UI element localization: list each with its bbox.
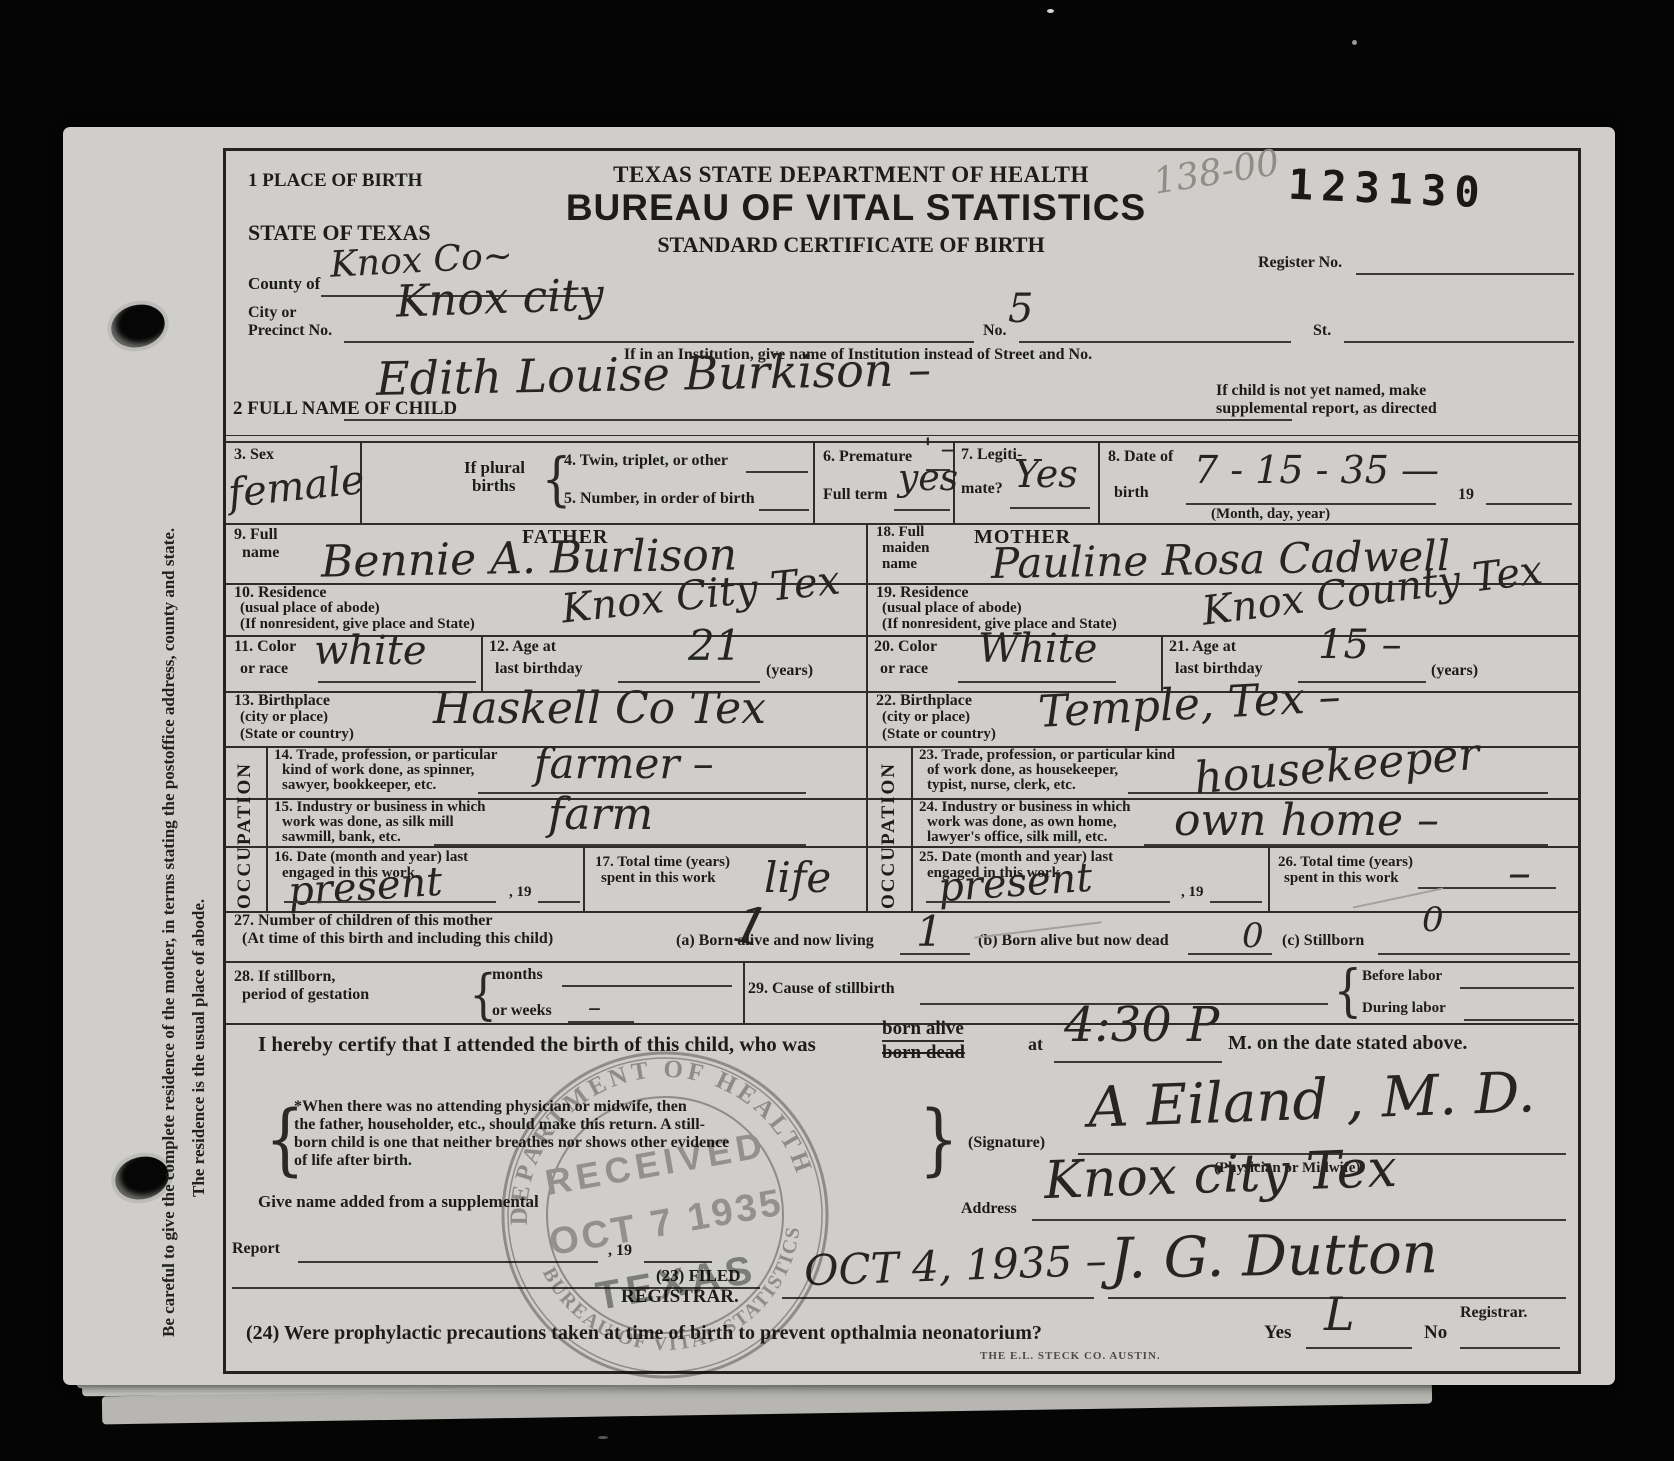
labor-brace: {	[1334, 959, 1363, 1024]
yes-line	[1306, 1347, 1412, 1349]
twin-line	[746, 471, 808, 473]
father-lastwork-value: present	[287, 862, 444, 913]
rule-v	[583, 846, 585, 911]
stillborn-gestation-label-1: 28. If stillborn,	[234, 969, 335, 986]
bureau-title: BUREAU OF VITAL STATISTICS	[476, 189, 1236, 228]
father-lastwork-19: , 19	[509, 885, 532, 901]
mother-no-label-1: 18. Full	[876, 525, 924, 541]
report-label: Report	[232, 1241, 280, 1258]
during-labor-line	[1464, 1019, 1574, 1021]
dob-19: 19	[1458, 487, 1474, 504]
serial-number-stamp: 123130	[1287, 163, 1488, 216]
mother-lastwork-19: , 19	[1181, 885, 1204, 901]
rule-v	[1268, 846, 1270, 911]
address-value: Knox city Tex	[1043, 1143, 1397, 1207]
mother-birthplace-label-3: (State or country)	[882, 727, 996, 743]
father-totaltime-label-2: spent in this work	[601, 871, 716, 887]
born-alive-option: born alive	[882, 1019, 964, 1042]
mother-lastwork-line	[926, 901, 1170, 903]
father-no-label-2: name	[242, 545, 279, 562]
mother-years-label: (years)	[1431, 663, 1478, 680]
register-no-line	[1356, 273, 1574, 275]
fullterm-label: Full term	[823, 487, 887, 504]
address-label: Address	[961, 1201, 1017, 1218]
yes-check-value: L	[1324, 1291, 1355, 1337]
father-totaltime-label-1: 17. Total time (years)	[595, 855, 730, 871]
born-alive-living-value: 1	[916, 911, 943, 953]
weeks-line	[568, 1021, 634, 1023]
father-trade-value: farmer –	[534, 743, 714, 785]
father-lastwork-19-line	[538, 901, 580, 903]
dob-hint: (Month, day, year)	[1211, 507, 1330, 523]
dob-value: 7 - 15 - 35 —	[1194, 451, 1439, 489]
address-line	[1032, 1219, 1566, 1221]
rule-v	[813, 441, 815, 523]
printer-credit: THE E.L. STECK CO. AUSTIN.	[980, 1351, 1161, 1363]
dust-speck	[598, 1436, 608, 1439]
legitimate-line	[1010, 507, 1090, 509]
father-birthplace-label-1: 13. Birthplace	[234, 693, 330, 710]
father-color-label-2: or race	[240, 661, 288, 678]
born-alive-dead-label: (b) Born alive but now dead	[978, 933, 1169, 950]
father-age-label-1: 12. Age at	[489, 639, 556, 656]
plural-label-2: births	[472, 477, 515, 495]
county-label: County of	[248, 275, 320, 293]
mother-totaltime-label-2: spent in this work	[1284, 871, 1399, 887]
child-name-value: Edith Louise Burkison –	[376, 346, 932, 402]
mother-age-label-1: 21. Age at	[1169, 639, 1236, 656]
during-labor-label: During labor	[1362, 1001, 1446, 1017]
weeks-value: –	[588, 995, 601, 1021]
signature-label: (Signature)	[968, 1135, 1045, 1152]
father-industry-line	[434, 844, 806, 846]
before-labor-label: Before labor	[1362, 969, 1442, 985]
fullterm-value: yes	[898, 461, 958, 497]
father-totaltime-value: life	[764, 857, 831, 899]
register-no-label: Register No.	[1258, 255, 1342, 272]
mother-trade-label-3: typist, nurse, clerk, etc.	[927, 778, 1076, 794]
occupation-col-mother	[911, 746, 913, 911]
at-label: at	[1028, 1035, 1043, 1054]
children-count-label-1: 27. Number of children of this mother	[234, 913, 493, 930]
mother-residence-label-2: (usual place of abode)	[882, 601, 1022, 617]
dust-speck	[1352, 40, 1357, 45]
father-birthplace-label-3: (State or country)	[240, 727, 354, 743]
born-dead-option: born dead	[882, 1043, 965, 1063]
sex-value: female	[226, 460, 366, 514]
scanned-document-background: Be careful to give the complete residenc…	[0, 0, 1674, 1461]
mother-totaltime-value: –	[1508, 849, 1531, 895]
yes-label: Yes	[1264, 1323, 1291, 1343]
order-label: 5. Number, in order of birth	[564, 491, 755, 508]
no-label: No	[1424, 1323, 1447, 1343]
father-industry-value: farm	[548, 793, 653, 837]
department-title: TEXAS STATE DEPARTMENT OF HEALTH	[546, 163, 1156, 187]
father-birthplace-label-2: (city or place)	[240, 710, 328, 726]
mother-color-value: White	[978, 629, 1097, 669]
double-rule-b	[226, 441, 1578, 443]
mother-age-value: 15 –	[1318, 625, 1402, 665]
mother-birthplace-value: Temple, Tex –	[1037, 675, 1342, 735]
father-color-label-1: 11. Color	[234, 639, 296, 656]
cause-of-stillbirth-label: 29. Cause of stillbirth	[748, 981, 895, 998]
plural-label-1: If plural	[464, 459, 525, 477]
father-occupation-label: OCCUPATION	[234, 751, 256, 909]
father-residence-label-2: (usual place of abode)	[240, 601, 380, 617]
certificate-title: STANDARD CERTIFICATE OF BIRTH	[546, 233, 1156, 256]
dust-speck	[1047, 9, 1054, 13]
certify-note-4: of life after birth.	[294, 1153, 412, 1170]
dob-label-2: birth	[1114, 485, 1149, 502]
no-value: 5	[1008, 289, 1033, 329]
center-divider	[866, 523, 868, 911]
father-lastwork-line	[284, 901, 496, 903]
no-line	[1460, 1347, 1560, 1349]
dob-19-line	[1486, 503, 1572, 505]
city-value: Knox city	[395, 273, 604, 324]
registrar-small-label: Registrar.	[1460, 1305, 1527, 1322]
father-trade-label-3: sawyer, bookkeeper, etc.	[282, 778, 436, 794]
order-line	[759, 509, 809, 511]
months-line	[562, 985, 732, 987]
months-label: months	[492, 967, 543, 984]
city-label-1: City or	[248, 305, 296, 322]
stillborn-label: (c) Stillborn	[1282, 933, 1364, 950]
mother-color-label-2: or race	[880, 661, 928, 678]
birth-time-line	[1054, 1061, 1222, 1063]
dob-line	[1186, 503, 1436, 505]
mother-industry-value: own home –	[1174, 799, 1439, 843]
sex-label: 3. Sex	[234, 447, 274, 464]
father-color-value: white	[314, 631, 427, 671]
dob-label-1: 8. Date of	[1108, 449, 1173, 466]
stillborn-value: 0	[1422, 903, 1444, 937]
mother-trade-line	[1128, 792, 1548, 794]
rule	[226, 846, 1578, 848]
father-age-label-2: last birthday	[495, 661, 583, 678]
legitimate-value: Yes	[1014, 455, 1078, 493]
stillborn-line	[1378, 953, 1570, 955]
pencil-file-note: 138-00	[1151, 145, 1282, 200]
rule-v	[1098, 441, 1100, 523]
weeks-label: or weeks	[492, 1003, 552, 1020]
fullterm-line	[894, 509, 950, 511]
no-line	[1019, 341, 1291, 343]
father-birthplace-value: Haskell Co Tex	[433, 687, 766, 731]
legitimate-label-2: mate?	[961, 481, 1003, 498]
place-of-birth-label: 1 PLACE OF BIRTH	[248, 171, 422, 191]
children-count-label-2: (At time of this birth and including thi…	[242, 931, 553, 948]
father-age-value: 21	[688, 625, 741, 667]
born-alive-dead-value: 0	[1242, 919, 1264, 953]
unnamed-note-2: supplemental report, as directed	[1216, 401, 1437, 418]
unnamed-note-1: If child is not yet named, make	[1216, 383, 1426, 400]
no-label: No.	[983, 323, 1007, 340]
mother-no-label-2: maiden	[882, 541, 930, 557]
mother-birthplace-label-1: 22. Birthplace	[876, 693, 972, 710]
rule	[226, 961, 1578, 963]
twin-label: 4. Twin, triplet, or other	[564, 453, 728, 470]
st-line	[1344, 341, 1574, 343]
mother-lastwork-19-line	[1210, 901, 1262, 903]
born-alive-living-label: (a) Born alive and now living	[676, 933, 874, 950]
mother-totaltime-label-1: 26. Total time (years)	[1278, 855, 1413, 871]
certify-tail: M. on the date stated above.	[1228, 1033, 1467, 1054]
mother-color-label-1: 20. Color	[874, 639, 937, 656]
child-name-line	[344, 419, 1292, 421]
mother-industry-label-3: lawyer's office, silk mill, etc.	[927, 830, 1107, 846]
stillborn-gestation-label-2: period of gestation	[242, 987, 369, 1004]
occupation-col-father	[266, 746, 268, 911]
certificate-frame: 1 PLACE OF BIRTH TEXAS STATE DEPARTMENT …	[223, 148, 1581, 1374]
mother-birthplace-label-2: (city or place)	[882, 710, 970, 726]
city-label-2: Precinct No.	[248, 323, 332, 340]
double-rule-a	[226, 435, 1578, 436]
margin-instruction-inner: The residence is the usual place of abod…	[189, 557, 209, 1197]
before-labor-line	[1460, 987, 1574, 989]
physician-signature-value: A Eiland , M. D.	[1087, 1065, 1536, 1137]
father-industry-label-3: sawmill, bank, etc.	[282, 830, 401, 846]
father-no-label-1: 9. Full	[234, 527, 278, 544]
birth-time-value: 4:30 P	[1064, 1001, 1219, 1049]
received-stamp: DEPARTMENT OF HEALTH BUREAU OF VITAL STA…	[445, 995, 885, 1435]
registrar-signature-value: J. G. Dutton	[1110, 1226, 1439, 1288]
mother-color-line	[958, 681, 1116, 683]
certificate-paper: Be careful to give the complete residenc…	[63, 127, 1615, 1385]
margin-instruction-outer: Be careful to give the complete residenc…	[159, 187, 179, 1337]
father-years-label: (years)	[766, 663, 813, 680]
note-brace-close: }	[919, 1095, 959, 1185]
st-label: St.	[1313, 323, 1331, 340]
mother-occupation-label: OCCUPATION	[878, 751, 900, 909]
mother-no-label-3: name	[882, 557, 917, 573]
